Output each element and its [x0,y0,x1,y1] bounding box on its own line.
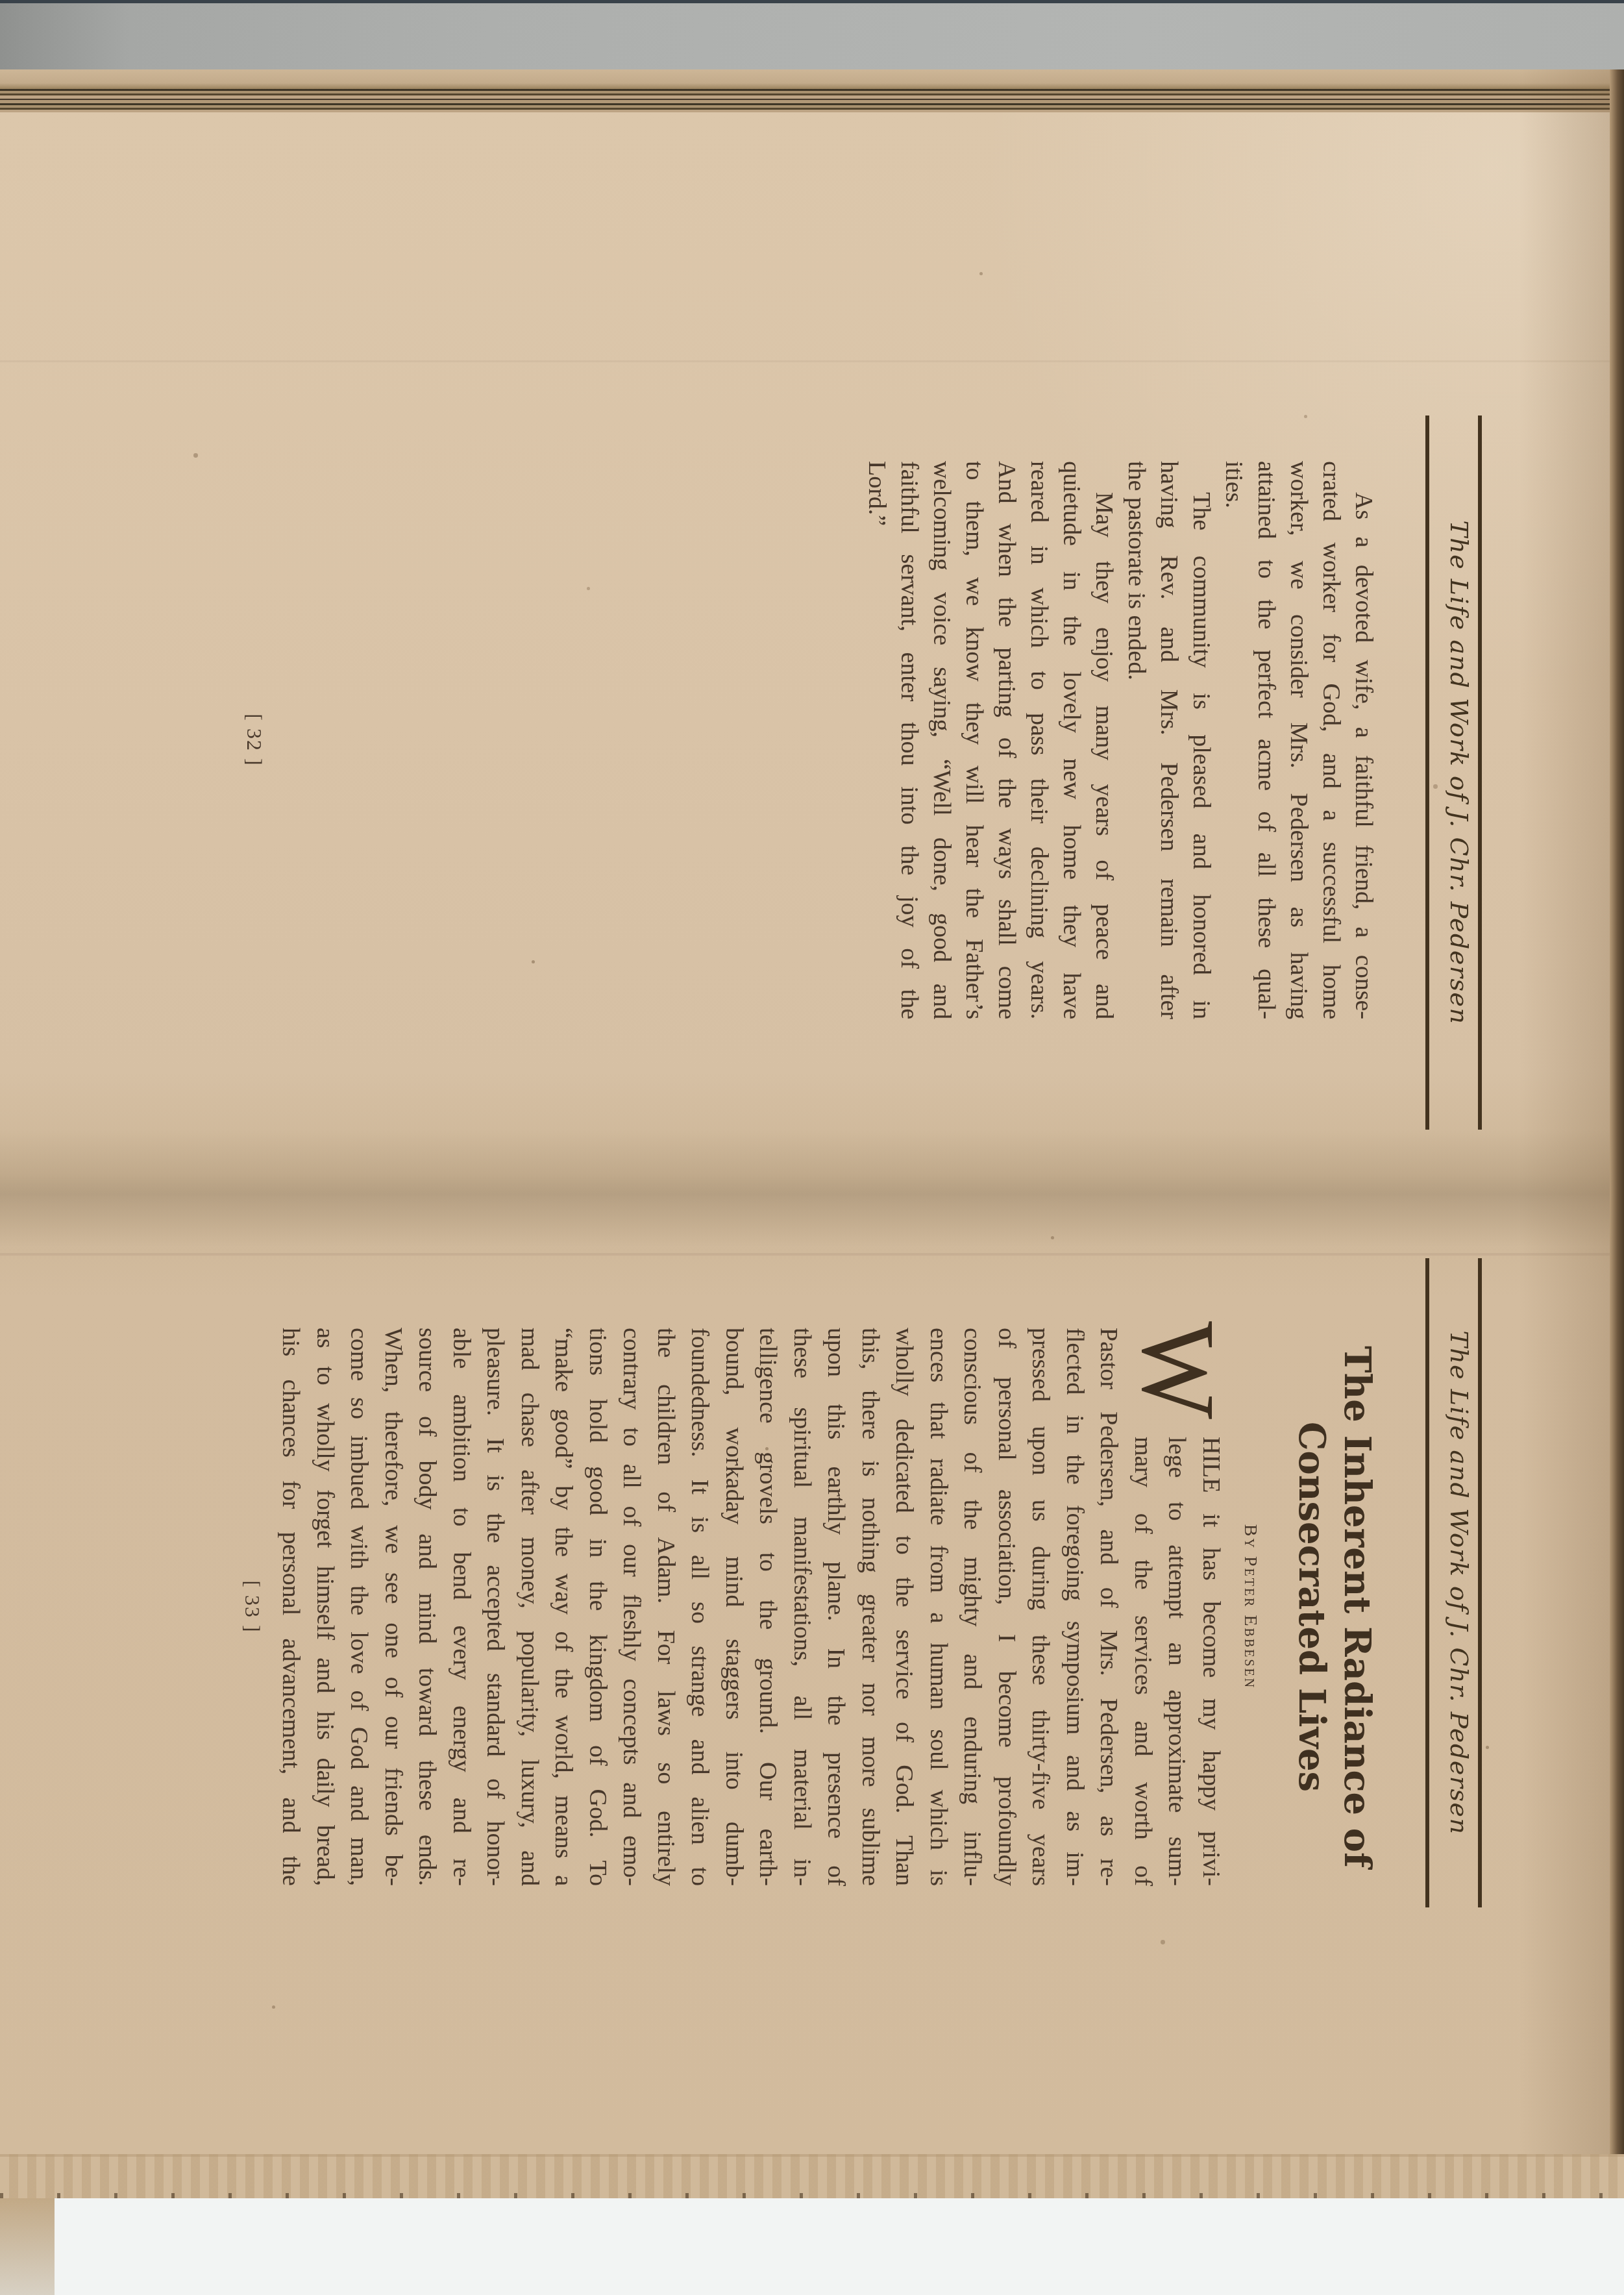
text-line: bound, workaday mind staggers into dumb- [717,1328,752,1886]
text-line: faithful servant, enter thou into the jo… [893,461,926,1019]
text-line: contrary to all of our fleshly concepts … [615,1328,649,1886]
text-line: attained to the perfect acme of all thes… [1250,461,1283,1019]
text-line: reared in which to pass their declining … [1023,461,1055,1019]
text-line: having Rev. and Mrs. Pedersen remain aft… [1153,461,1185,1019]
text-line: welcoming voice saying, “Well done, good… [926,461,958,1019]
text-line: telligence grovels to the ground. Our ea… [751,1328,785,1886]
running-header-rule-top [1478,416,1482,1130]
page-33-content: The Life and Work of J. Chr. Pedersen Th… [0,1174,1624,2154]
text-line: come so imbued with the love of God and … [342,1328,376,1886]
text-line: flected in the foregoing symposium and a… [1058,1328,1092,1886]
page-33-body-text: W HILE it has become my happy privi-lege… [274,1328,1228,1886]
text-line: quietude in the lovely new home they hav… [1055,461,1088,1019]
text-line: these spiritual manifestations, all mate… [785,1328,820,1886]
text-line: as to wholly forget himself and his dail… [308,1328,343,1886]
text-line: mad chase after money, popularity, luxur… [513,1328,547,1886]
text-line: When, therefore, we see one of our frien… [376,1328,411,1886]
byline: By Peter Ebbesen [1240,1328,1261,1886]
text-line: the children of Adam. For laws so entire… [649,1328,683,1886]
scanned-book-spread: { "book": { "ink_color": "#47372a", "pap… [0,0,1624,2295]
page-32-body-text: As a devoted wife, a faithful friend, a … [861,461,1380,1019]
drop-cap: W [1129,1321,1227,1419]
text-line: pressed upon us during these thirty-five… [1024,1328,1058,1886]
running-header: The Life and Work of J. Chr. Pedersen [1445,1258,1473,1907]
running-header: The Life and Work of J. Chr. Pedersen [1445,416,1473,1130]
scanner-background-bottom [55,2198,1624,2295]
scanner-background-top [0,3,1624,69]
text-line: May they enjoy many years of peace and [1088,461,1120,1019]
text-line: conscious of the mighty and enduring inf… [955,1328,990,1886]
page-number-32: [ 32 ] [242,461,266,1019]
text-line: to them, we know they will hear the Fath… [958,461,990,1019]
paper-speckles [0,0,2,2]
book-bottom-specks [0,2193,1624,2198]
book-cover-edge [0,69,1624,89]
text-line: of personal association, I become profou… [990,1328,1024,1886]
text-line: upon this earthly plane. In the presence… [819,1328,854,1886]
running-header-rule-bottom [1425,1258,1429,1907]
text-line: And when the parting of the ways shall c… [990,461,1023,1019]
text-line: pleasure. It is the accepted standard of… [478,1328,513,1886]
text-line: his chances for personal advancement, an… [274,1328,308,1886]
text-line: Lord.” [861,461,893,1019]
text-line: crated worker for God, and a successful … [1315,461,1347,1019]
text-line: worker, we consider Mrs. Pedersen as hav… [1283,461,1315,1019]
page-32: The Life and Work of J. Chr. Pedersen As… [0,110,1624,1174]
chapter-title-line-2: Consecrated Lives [1290,1328,1333,1886]
text-line: foundedness. It is all so strange and al… [683,1328,717,1886]
page-32-content: The Life and Work of J. Chr. Pedersen As… [0,110,1624,1174]
scanner-corner [0,2198,55,2295]
running-header-rule-top [1478,1258,1482,1907]
text-line: the pastorate is ended. [1120,461,1153,1019]
text-line: As a devoted wife, a faithful friend, a … [1347,461,1380,1019]
text-line: able ambition to bend every energy and r… [445,1328,479,1886]
page-number-33: [ 33 ] [240,1328,264,1886]
text-line: source of body and mind toward these end… [410,1328,445,1886]
running-header-rule-bottom [1425,416,1429,1130]
text-line: “make good” by the way of the world, mea… [547,1328,581,1886]
page-33: The Life and Work of J. Chr. Pedersen Th… [0,1174,1624,2154]
chapter-title-line-1: The Inherent Radiance of [1336,1328,1379,1886]
text-line: tions hold good in the kingdom of God. T… [581,1328,615,1886]
text-line: ences that radiate from a human soul whi… [922,1328,956,1886]
text-line: wholly dedicated to the service of God. … [887,1328,922,1886]
text-line: The community is pleased and honored in [1185,461,1218,1019]
text-line: ities. [1218,461,1250,1019]
text-line: this, there is nothing greater nor more … [854,1328,888,1886]
